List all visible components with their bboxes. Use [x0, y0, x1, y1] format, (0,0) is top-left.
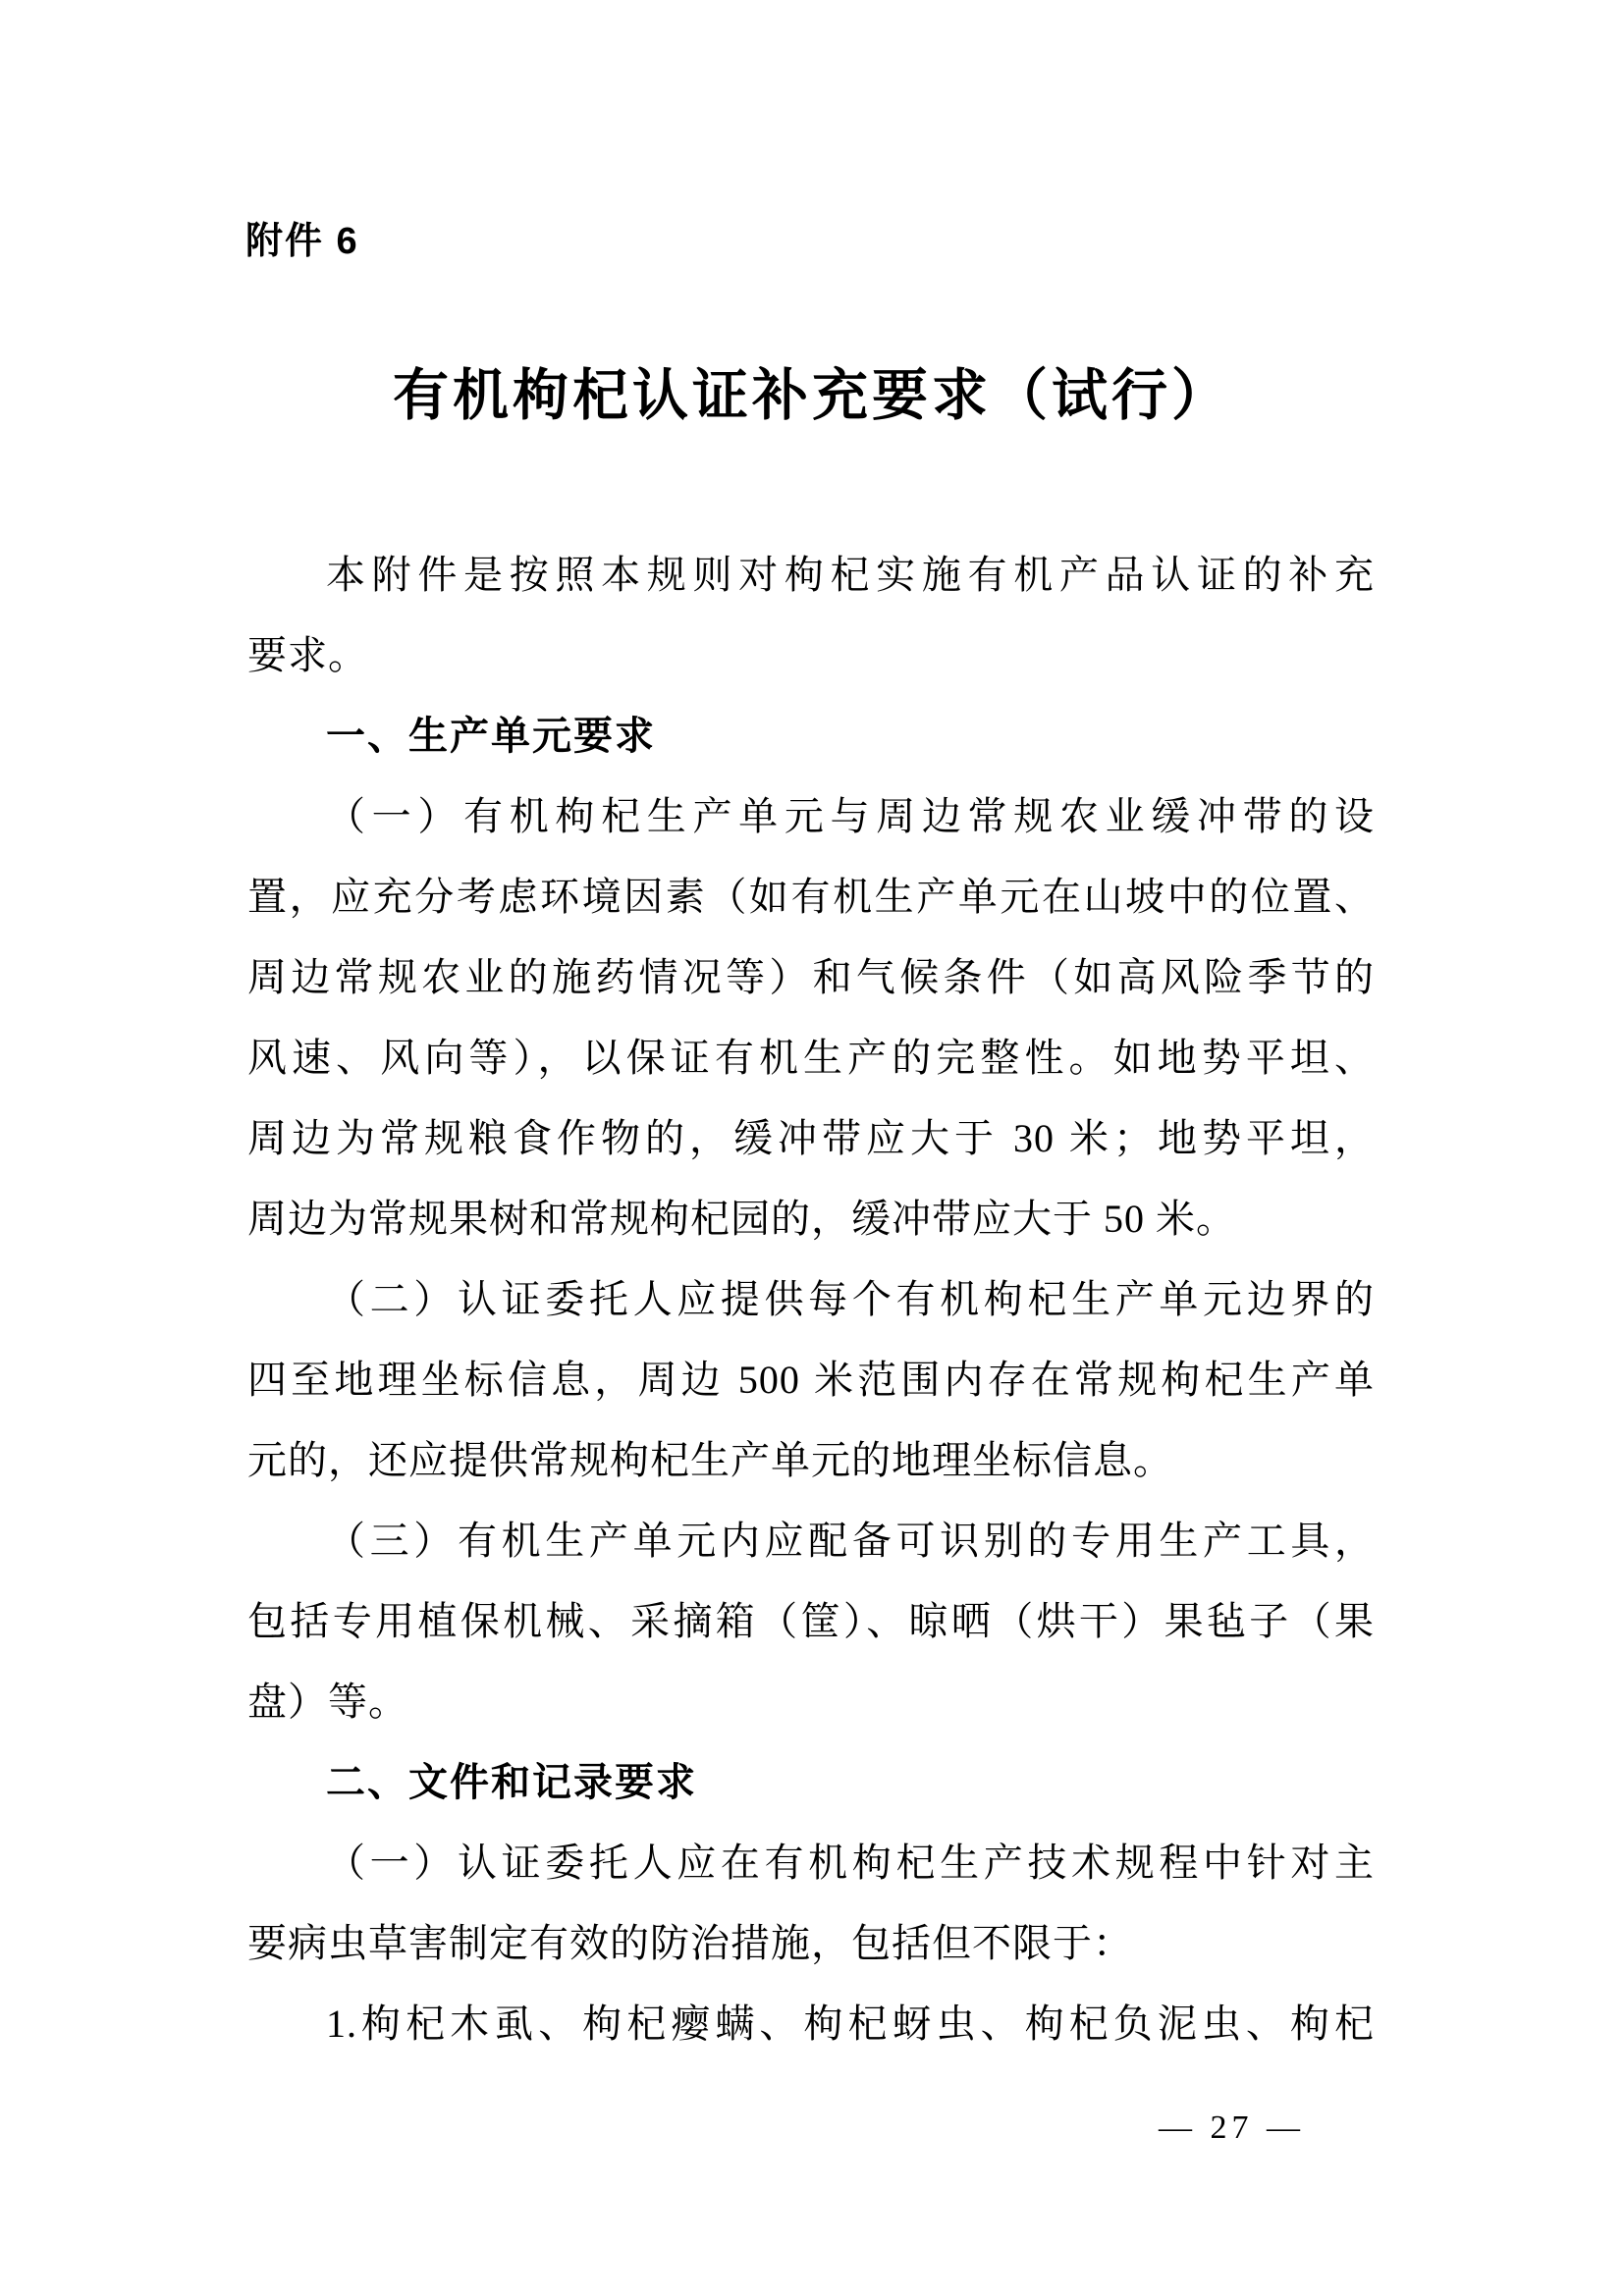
document-page: 附件 6 有机枸杞认证补充要求（试行） 本附件是按照本规则对枸杞实施有机产品认证…	[0, 0, 1624, 2296]
text-line: 周边为常规果树和常规枸杞园的，缓冲带应大于 50 米。	[247, 1179, 1375, 1259]
page-number: — 27 —	[1159, 2109, 1305, 2148]
text-line: （三）有机生产单元内应配备可识别的专用生产工具，	[247, 1501, 1375, 1581]
text-line: 要病虫草害制定有效的防治措施，包括但不限于：	[247, 1903, 1375, 1984]
text-line: （一）有机枸杞生产单元与周边常规农业缓冲带的设	[247, 776, 1375, 857]
text-line: 风速、风向等），以保证有机生产的完整性。如地势平坦、	[247, 1018, 1375, 1098]
document-title: 有机枸杞认证补充要求（试行）	[0, 359, 1624, 434]
text-line: 包括专用植保机械、采摘箱（筐）、晾晒（烘干）果毡子（果	[247, 1581, 1375, 1662]
attachment-label: 附件 6	[245, 220, 359, 263]
section-heading: 二、文件和记录要求	[247, 1742, 1375, 1823]
text-line: 盘）等。	[247, 1662, 1375, 1742]
text-line: 周边常规农业的施药情况等）和气候条件（如高风险季节的	[247, 937, 1375, 1018]
text-line: 周边为常规粮食作物的，缓冲带应大于 30 米；地势平坦，	[247, 1098, 1375, 1179]
text-line: 要求。	[247, 615, 1375, 696]
text-line: 元的，还应提供常规枸杞生产单元的地理坐标信息。	[247, 1420, 1375, 1501]
text-line: 1.枸杞木虱、枸杞瘿螨、枸杞蚜虫、枸杞负泥虫、枸杞	[247, 1984, 1375, 2064]
text-line: 本附件是按照本规则对枸杞实施有机产品认证的补充	[247, 535, 1375, 615]
document-body: 本附件是按照本规则对枸杞实施有机产品认证的补充要求。一、生产单元要求（一）有机枸…	[247, 535, 1375, 2064]
text-line: （二）认证委托人应提供每个有机枸杞生产单元边界的	[247, 1259, 1375, 1340]
text-line: 四至地理坐标信息，周边 500 米范围内存在常规枸杞生产单	[247, 1340, 1375, 1420]
text-line: 置，应充分考虑环境因素（如有机生产单元在山坡中的位置、	[247, 857, 1375, 937]
text-line: （一）认证委托人应在有机枸杞生产技术规程中针对主	[247, 1823, 1375, 1903]
section-heading: 一、生产单元要求	[247, 696, 1375, 776]
